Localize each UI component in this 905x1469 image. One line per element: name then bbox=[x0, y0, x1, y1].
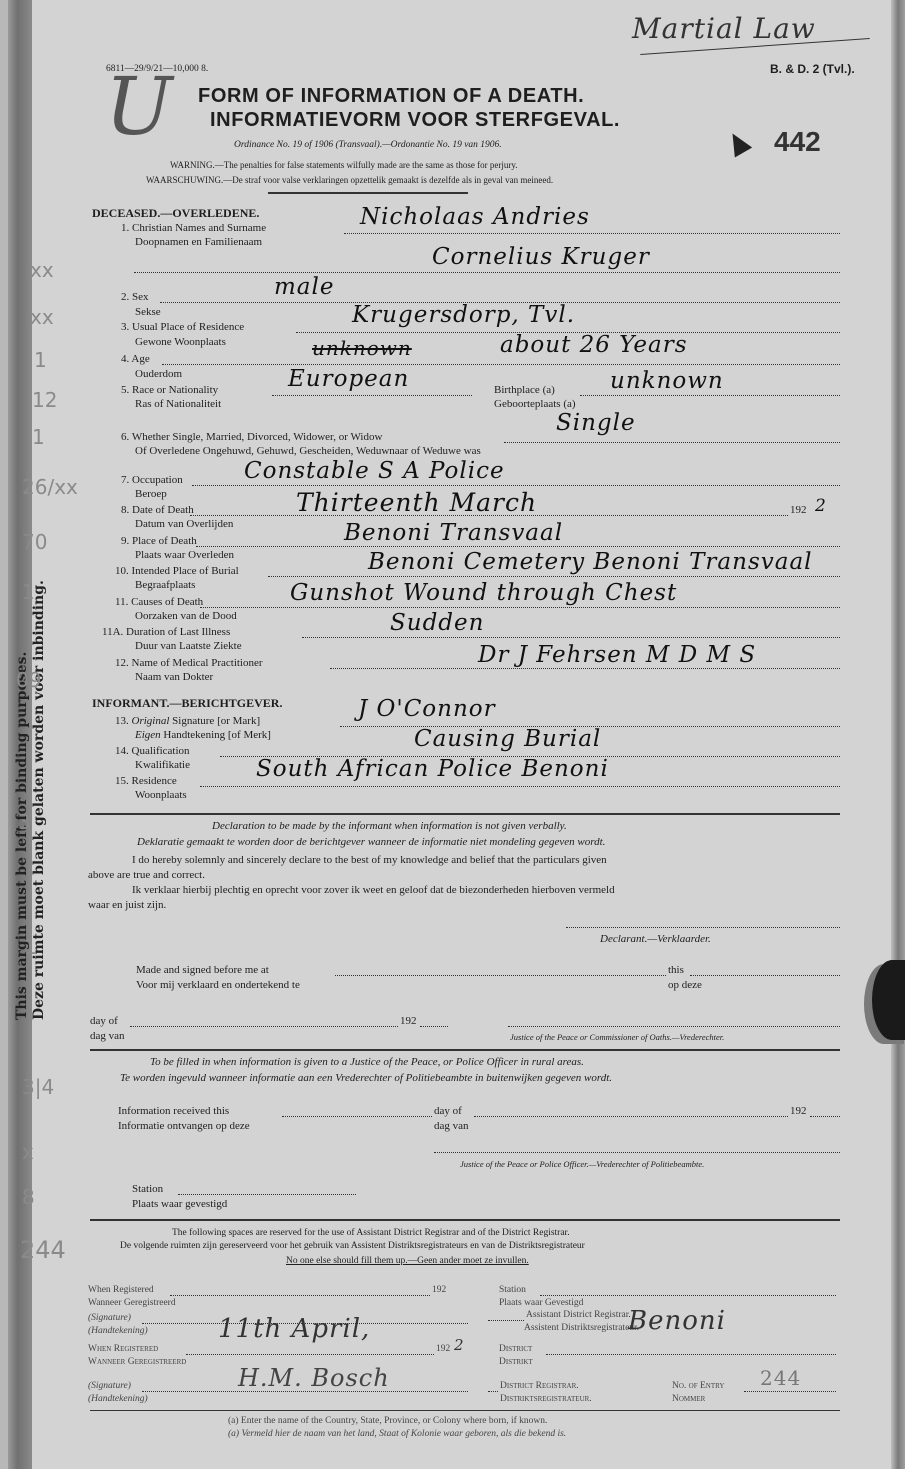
field-label-en: Occupation bbox=[132, 474, 183, 486]
field-label-nl: Gewone Woonplaats bbox=[135, 336, 226, 348]
declaration-heading-nl: Deklaratie gemaakt te worden door de ber… bbox=[137, 836, 605, 848]
district-value[interactable]: Benoni bbox=[628, 1306, 726, 1336]
footnote-divider bbox=[90, 1410, 840, 1411]
field-label-en: Race or Nationality bbox=[132, 384, 218, 396]
received-en: Information received this bbox=[118, 1105, 229, 1117]
dotted-line bbox=[302, 637, 840, 638]
field-number: 1. bbox=[121, 222, 129, 234]
entry-label-nl: Nommer bbox=[672, 1394, 705, 1405]
field-label-nl: Plaats waar Overleden bbox=[135, 549, 234, 561]
field-value-cause[interactable]: Gunshot Wound through Chest bbox=[290, 580, 677, 606]
field-label-nl: Ouderdom bbox=[135, 368, 182, 380]
made-signed-at-line[interactable] bbox=[335, 975, 666, 976]
pencil-mark: 1 bbox=[22, 580, 35, 604]
rural-day-line[interactable] bbox=[474, 1116, 788, 1117]
pencil-mark: 244 bbox=[20, 1236, 66, 1264]
field-label-nl: Of Overledene Ongehuwd, Gehuwd, Gescheid… bbox=[135, 445, 481, 457]
registrar-station-en: Station bbox=[499, 1285, 526, 1296]
field-value-occupation[interactable]: Constable S A Police bbox=[244, 458, 505, 484]
signature-2-en: (Signature) bbox=[88, 1381, 131, 1392]
form-code: B. & D. 2 (Tvl.). bbox=[770, 62, 855, 76]
field-label-en: Sex bbox=[132, 291, 149, 303]
ink-mark bbox=[724, 128, 752, 157]
ordinance: Ordinance No. 19 of 1906 (Transvaal).—Or… bbox=[234, 140, 502, 151]
dotted-line bbox=[134, 272, 840, 273]
year-line[interactable] bbox=[420, 1026, 448, 1027]
officer-signature-line[interactable] bbox=[434, 1152, 840, 1153]
dotted-line bbox=[504, 442, 840, 443]
pencil-mark: 70 bbox=[22, 530, 47, 554]
header-divider bbox=[268, 192, 468, 194]
field-label: 11. Causes of Death bbox=[115, 596, 203, 608]
field-value-duration[interactable]: Sudden bbox=[390, 610, 484, 636]
field-number: 8. bbox=[121, 504, 129, 516]
dotted-line bbox=[190, 515, 788, 516]
field-label-nl: Woonplaats bbox=[135, 789, 187, 801]
field-value-qualification[interactable]: Causing Burial bbox=[414, 726, 601, 752]
field-label: 7. Occupation bbox=[121, 474, 183, 486]
field-label-en: Date of Death bbox=[132, 504, 194, 516]
pencil-mark: 1 bbox=[24, 935, 37, 959]
field-label-nl: Handtekening [of Merk] bbox=[163, 729, 271, 741]
rural-year-line[interactable] bbox=[810, 1116, 840, 1117]
field-label: 6. Whether Single, Married, Divorced, Wi… bbox=[121, 431, 382, 443]
district-registrar-nl: Distriktsregistrateur. bbox=[500, 1394, 592, 1405]
dotted-line bbox=[580, 395, 840, 396]
field-label: 14. Qualification bbox=[115, 745, 190, 757]
field-value-name[interactable]: Nicholaas Andries bbox=[360, 204, 590, 230]
dotted-line bbox=[330, 668, 840, 669]
registrar-note-en: The following spaces are reserved for th… bbox=[172, 1228, 570, 1239]
field-value-sex[interactable]: male bbox=[274, 274, 335, 300]
field-label-nl: Naam van Dokter bbox=[135, 671, 213, 683]
made-signed-en: Made and signed before me at bbox=[136, 964, 269, 976]
field-label-nl: Beroep bbox=[135, 488, 167, 500]
district-registrar-en: District Registrar. bbox=[500, 1381, 579, 1392]
pencil-mark: 3|4 bbox=[22, 1075, 54, 1099]
field-label-nl: Begraafplaats bbox=[135, 579, 195, 591]
field-value-signature[interactable]: J O'Connor bbox=[358, 696, 496, 722]
field-label-en: Age bbox=[131, 353, 149, 365]
rural-heading-nl: Te worden ingevuld wanneer informatie aa… bbox=[120, 1072, 612, 1084]
pencil-mark: x bbox=[22, 1140, 34, 1164]
this-day-line[interactable] bbox=[690, 975, 840, 976]
field-number: 4. bbox=[121, 353, 129, 365]
when-registered-2-year-suffix[interactable]: 2 bbox=[454, 1336, 465, 1354]
dotted-line bbox=[272, 395, 472, 396]
field-label-nl: Ras of Nationaliteit bbox=[135, 398, 221, 410]
declaration-text-nl-2: waar en juist zijn. bbox=[88, 899, 166, 911]
binding-edge bbox=[0, 0, 8, 1469]
field-value-place-of-death[interactable]: Benoni Transvaal bbox=[344, 520, 563, 546]
registrar-signature-value[interactable]: H.M. Bosch bbox=[238, 1364, 390, 1392]
pencil-mark: 09 bbox=[16, 668, 41, 692]
when-registered-1-year: 192 bbox=[432, 1285, 446, 1296]
field-label: 15. Residence bbox=[115, 775, 177, 787]
rural-station-en: Station bbox=[132, 1183, 163, 1195]
entry-label-en: No. of Entry bbox=[672, 1381, 724, 1392]
rural-day-of-en: day of bbox=[434, 1105, 462, 1117]
field-value-race[interactable]: European bbox=[288, 366, 409, 392]
when-registered-2-nl: Wanneer Geregistreerd bbox=[88, 1357, 186, 1368]
when-registered-2-en: When Registered bbox=[88, 1344, 158, 1355]
title-nl: INFORMATIEVORM VOOR STERFGEVAL. bbox=[210, 109, 620, 132]
annotation-number: 442 bbox=[774, 126, 821, 158]
registrar-station-line[interactable] bbox=[540, 1295, 836, 1296]
field-label: 1. Christian Names and Surname bbox=[121, 222, 266, 234]
justice-label: Justice of the Peace or Commissioner of … bbox=[510, 1032, 724, 1043]
field-number: 3. bbox=[121, 321, 129, 333]
field-label-en: Qualification bbox=[132, 745, 190, 757]
asst-registrar-nl: Assistent Distriktsregistrateur. bbox=[524, 1323, 639, 1334]
field-label-en: Usual Place of Residence bbox=[132, 321, 244, 333]
field-number: 6. bbox=[121, 431, 129, 443]
section-divider bbox=[90, 813, 840, 815]
pencil-mark: 1 bbox=[32, 425, 45, 449]
birthplace-label-nl: Geboorteplaats (a) bbox=[494, 398, 576, 410]
pencil-mark: 8 bbox=[22, 1185, 35, 1209]
section-deceased: DECEASED.—OVERLEDENE. bbox=[92, 207, 259, 219]
title-en: FORM OF INFORMATION OF A DEATH. bbox=[198, 85, 584, 108]
birthplace-label-en: Birthplace (a) bbox=[494, 384, 555, 396]
dotted-line bbox=[196, 546, 840, 547]
field-number: 10. bbox=[115, 565, 129, 577]
pencil-mark: 12 bbox=[32, 388, 57, 412]
rural-day-of-nl: dag van bbox=[434, 1120, 469, 1132]
field-value-name-2[interactable]: Cornelius Kruger bbox=[432, 244, 650, 270]
annotation-martial-law: Martial Law bbox=[632, 12, 816, 45]
district-line[interactable] bbox=[546, 1354, 836, 1355]
section-divider bbox=[90, 1049, 840, 1051]
pencil-mark: xx bbox=[30, 305, 54, 329]
page-right-edge bbox=[891, 0, 905, 1469]
received-nl: Informatie ontvangen op deze bbox=[118, 1120, 250, 1132]
declarant-label: Declarant.—Verklaarder. bbox=[600, 933, 711, 945]
declarant-signature-line[interactable] bbox=[566, 927, 840, 928]
field-label-en: Whether Single, Married, Divorced, Widow… bbox=[132, 431, 383, 443]
field-label-nl: Kwalifikatie bbox=[135, 759, 190, 771]
declaration-text-en-2: above are true and correct. bbox=[88, 869, 205, 881]
rural-year: 192 bbox=[790, 1105, 807, 1117]
when-registered-1-en: When Registered bbox=[88, 1285, 154, 1296]
field-label-nl: Datum van Overlijden bbox=[135, 518, 233, 530]
field-label: 11A. Duration of Last Illness bbox=[102, 626, 230, 638]
day-of-nl: dag van bbox=[90, 1030, 125, 1042]
field-label: 13. Original Signature [or Mark] bbox=[115, 715, 260, 727]
field-number: 14. bbox=[115, 745, 129, 757]
field-label-en: Place of Death bbox=[132, 535, 197, 547]
field-label-en: Christian Names and Surname bbox=[132, 222, 266, 234]
asst-registrar-en: Assistant District Registrar. bbox=[526, 1310, 631, 1321]
field-label: 5. Race or Nationality bbox=[121, 384, 218, 396]
field-label-en: Name of Medical Practitioner bbox=[132, 657, 263, 669]
field-value-doctor[interactable]: Dr J Fehrsen M D M S bbox=[478, 642, 756, 668]
field-number: 15. bbox=[115, 775, 129, 787]
field-label: 4. Age bbox=[121, 353, 150, 365]
field-value-residence[interactable]: Krugersdorp, Tvl. bbox=[352, 302, 575, 328]
signature-1-nl: (Handtekening) bbox=[88, 1326, 148, 1337]
field-number: 12. bbox=[115, 657, 129, 669]
district-nl: Distrikt bbox=[499, 1357, 533, 1368]
registrar-note-warning: No one else should fill them up.—Geen an… bbox=[286, 1256, 529, 1267]
field-number: 7. bbox=[121, 474, 129, 486]
ink-blot bbox=[872, 960, 905, 1040]
field-number: 2. bbox=[121, 291, 129, 303]
warning-en: WARNING.—The penalties for false stateme… bbox=[170, 160, 518, 171]
section-informant: INFORMANT.—BERICHTGEVER. bbox=[92, 697, 282, 709]
when-registered-2-line[interactable] bbox=[186, 1354, 434, 1355]
field-label: 10. Intended Place of Burial bbox=[115, 565, 239, 577]
pencil-mark: 1 bbox=[34, 348, 47, 372]
day-of-en: day of bbox=[90, 1015, 118, 1027]
entry-line[interactable] bbox=[744, 1391, 836, 1392]
year-suffix[interactable]: 2 bbox=[815, 496, 827, 516]
field-label-en-italic: Original bbox=[132, 715, 170, 727]
field-label-en: Causes of Death bbox=[131, 596, 203, 608]
field-label-nl: Duur van Laatste Ziekte bbox=[135, 640, 242, 652]
pencil-mark: 26/xx bbox=[22, 475, 78, 499]
officer-label: Justice of the Peace or Police Officer.—… bbox=[460, 1159, 704, 1170]
field-value-marital[interactable]: Single bbox=[556, 410, 636, 436]
field-number: 9. bbox=[121, 535, 129, 547]
rural-heading-en: To be filled in when information is give… bbox=[150, 1056, 584, 1068]
dotted-line bbox=[200, 607, 840, 608]
warning-nl: WAARSCHUWING.—De straf voor valse verkla… bbox=[146, 175, 553, 186]
signature-2-nl: (Handtekening) bbox=[88, 1394, 148, 1405]
footnote-nl: (a) Vermeld hier de naam van het land, S… bbox=[228, 1429, 566, 1440]
field-label-nl: Sekse bbox=[135, 306, 161, 318]
field-value-age[interactable]: about 26 Years bbox=[500, 332, 688, 358]
dotted-line bbox=[192, 485, 840, 486]
year-label: 192 bbox=[400, 1015, 417, 1027]
field-label-en: Duration of Last Illness bbox=[126, 626, 230, 638]
pencil-mark: 3 bbox=[18, 810, 31, 834]
when-registered-1-line[interactable] bbox=[170, 1295, 430, 1296]
this-nl: op deze bbox=[668, 979, 702, 991]
field-value-burial[interactable]: Benoni Cemetery Benoni Transvaal bbox=[368, 549, 813, 575]
this-en: this bbox=[668, 964, 684, 976]
justice-signature-line[interactable] bbox=[508, 1026, 840, 1027]
section-divider bbox=[90, 1219, 840, 1221]
field-label-nl: Eigen Handtekening [of Merk] bbox=[135, 729, 271, 741]
field-label: 9. Place of Death bbox=[121, 535, 197, 547]
field-number: 11. bbox=[115, 596, 128, 608]
annotation-left-mark: U bbox=[105, 60, 173, 153]
registrar-note-nl: De volgende ruimten zijn gereserveerd vo… bbox=[120, 1241, 585, 1252]
dotted-line bbox=[344, 233, 840, 234]
field-label-nl-italic: Eigen bbox=[135, 729, 161, 741]
field-label-en: Intended Place of Burial bbox=[132, 565, 239, 577]
pencil-mark: xx bbox=[30, 258, 54, 282]
field-value-age-struck: unknown bbox=[312, 336, 412, 360]
field-label-en: Signature [or Mark] bbox=[172, 715, 260, 727]
field-number: 13. bbox=[115, 715, 129, 727]
declaration-heading-en: Declaration to be made by the informant … bbox=[212, 820, 567, 832]
field-label: 12. Name of Medical Practitioner bbox=[115, 657, 263, 669]
district-registrar-line[interactable] bbox=[488, 1391, 498, 1392]
field-label-en: Residence bbox=[132, 775, 177, 787]
field-value-informant-residence[interactable]: South African Police Benoni bbox=[256, 756, 609, 782]
field-label-nl: Oorzaken van de Dood bbox=[135, 610, 237, 622]
rural-station-nl: Plaats waar gevestigd bbox=[132, 1198, 227, 1210]
received-line[interactable] bbox=[282, 1116, 432, 1117]
signature-1-en: (Signature) bbox=[88, 1313, 131, 1324]
when-registered-1-nl: Wanneer Geregistreerd bbox=[88, 1298, 176, 1309]
field-label: 8. Date of Death bbox=[121, 504, 194, 516]
rural-station-line[interactable] bbox=[178, 1194, 356, 1195]
dotted-line bbox=[268, 576, 840, 577]
registrar-station-nl: Plaats waar Gevestigd bbox=[499, 1298, 583, 1309]
field-value-birthplace[interactable]: unknown bbox=[610, 368, 724, 394]
district-en: District bbox=[499, 1344, 532, 1355]
declaration-text-nl-1: Ik verklaar hierbij plechtig en oprecht … bbox=[132, 884, 615, 896]
when-registered-2-year: 192 bbox=[436, 1344, 450, 1355]
death-form-page: 6811—29/9/21—10,000 8. B. & D. 2 (Tvl.).… bbox=[0, 0, 905, 1469]
declaration-text-en-1: I do hereby solemnly and sincerely decla… bbox=[132, 854, 607, 866]
year-prefix: 192 bbox=[790, 504, 807, 516]
made-signed-nl: Voor mij verklaard en ondertekend te bbox=[136, 979, 300, 991]
entry-number-value[interactable]: 244 bbox=[760, 1366, 801, 1390]
day-of-line[interactable] bbox=[130, 1026, 398, 1027]
asst-registrar-line[interactable] bbox=[488, 1320, 524, 1321]
dotted-line bbox=[162, 364, 840, 365]
field-value-date-of-death[interactable]: Thirteenth March bbox=[296, 488, 537, 517]
field-number: 11A. bbox=[102, 626, 123, 638]
footnote-en: (a) Enter the name of the Country, State… bbox=[228, 1416, 547, 1427]
field-label: 3. Usual Place of Residence bbox=[121, 321, 244, 333]
dotted-line bbox=[200, 786, 840, 787]
field-label-nl: Doopnamen en Familienaam bbox=[135, 236, 262, 248]
field-number: 5. bbox=[121, 384, 129, 396]
registered-date-value[interactable]: 11th April, bbox=[218, 1314, 370, 1344]
field-label: 2. Sex bbox=[121, 291, 149, 303]
